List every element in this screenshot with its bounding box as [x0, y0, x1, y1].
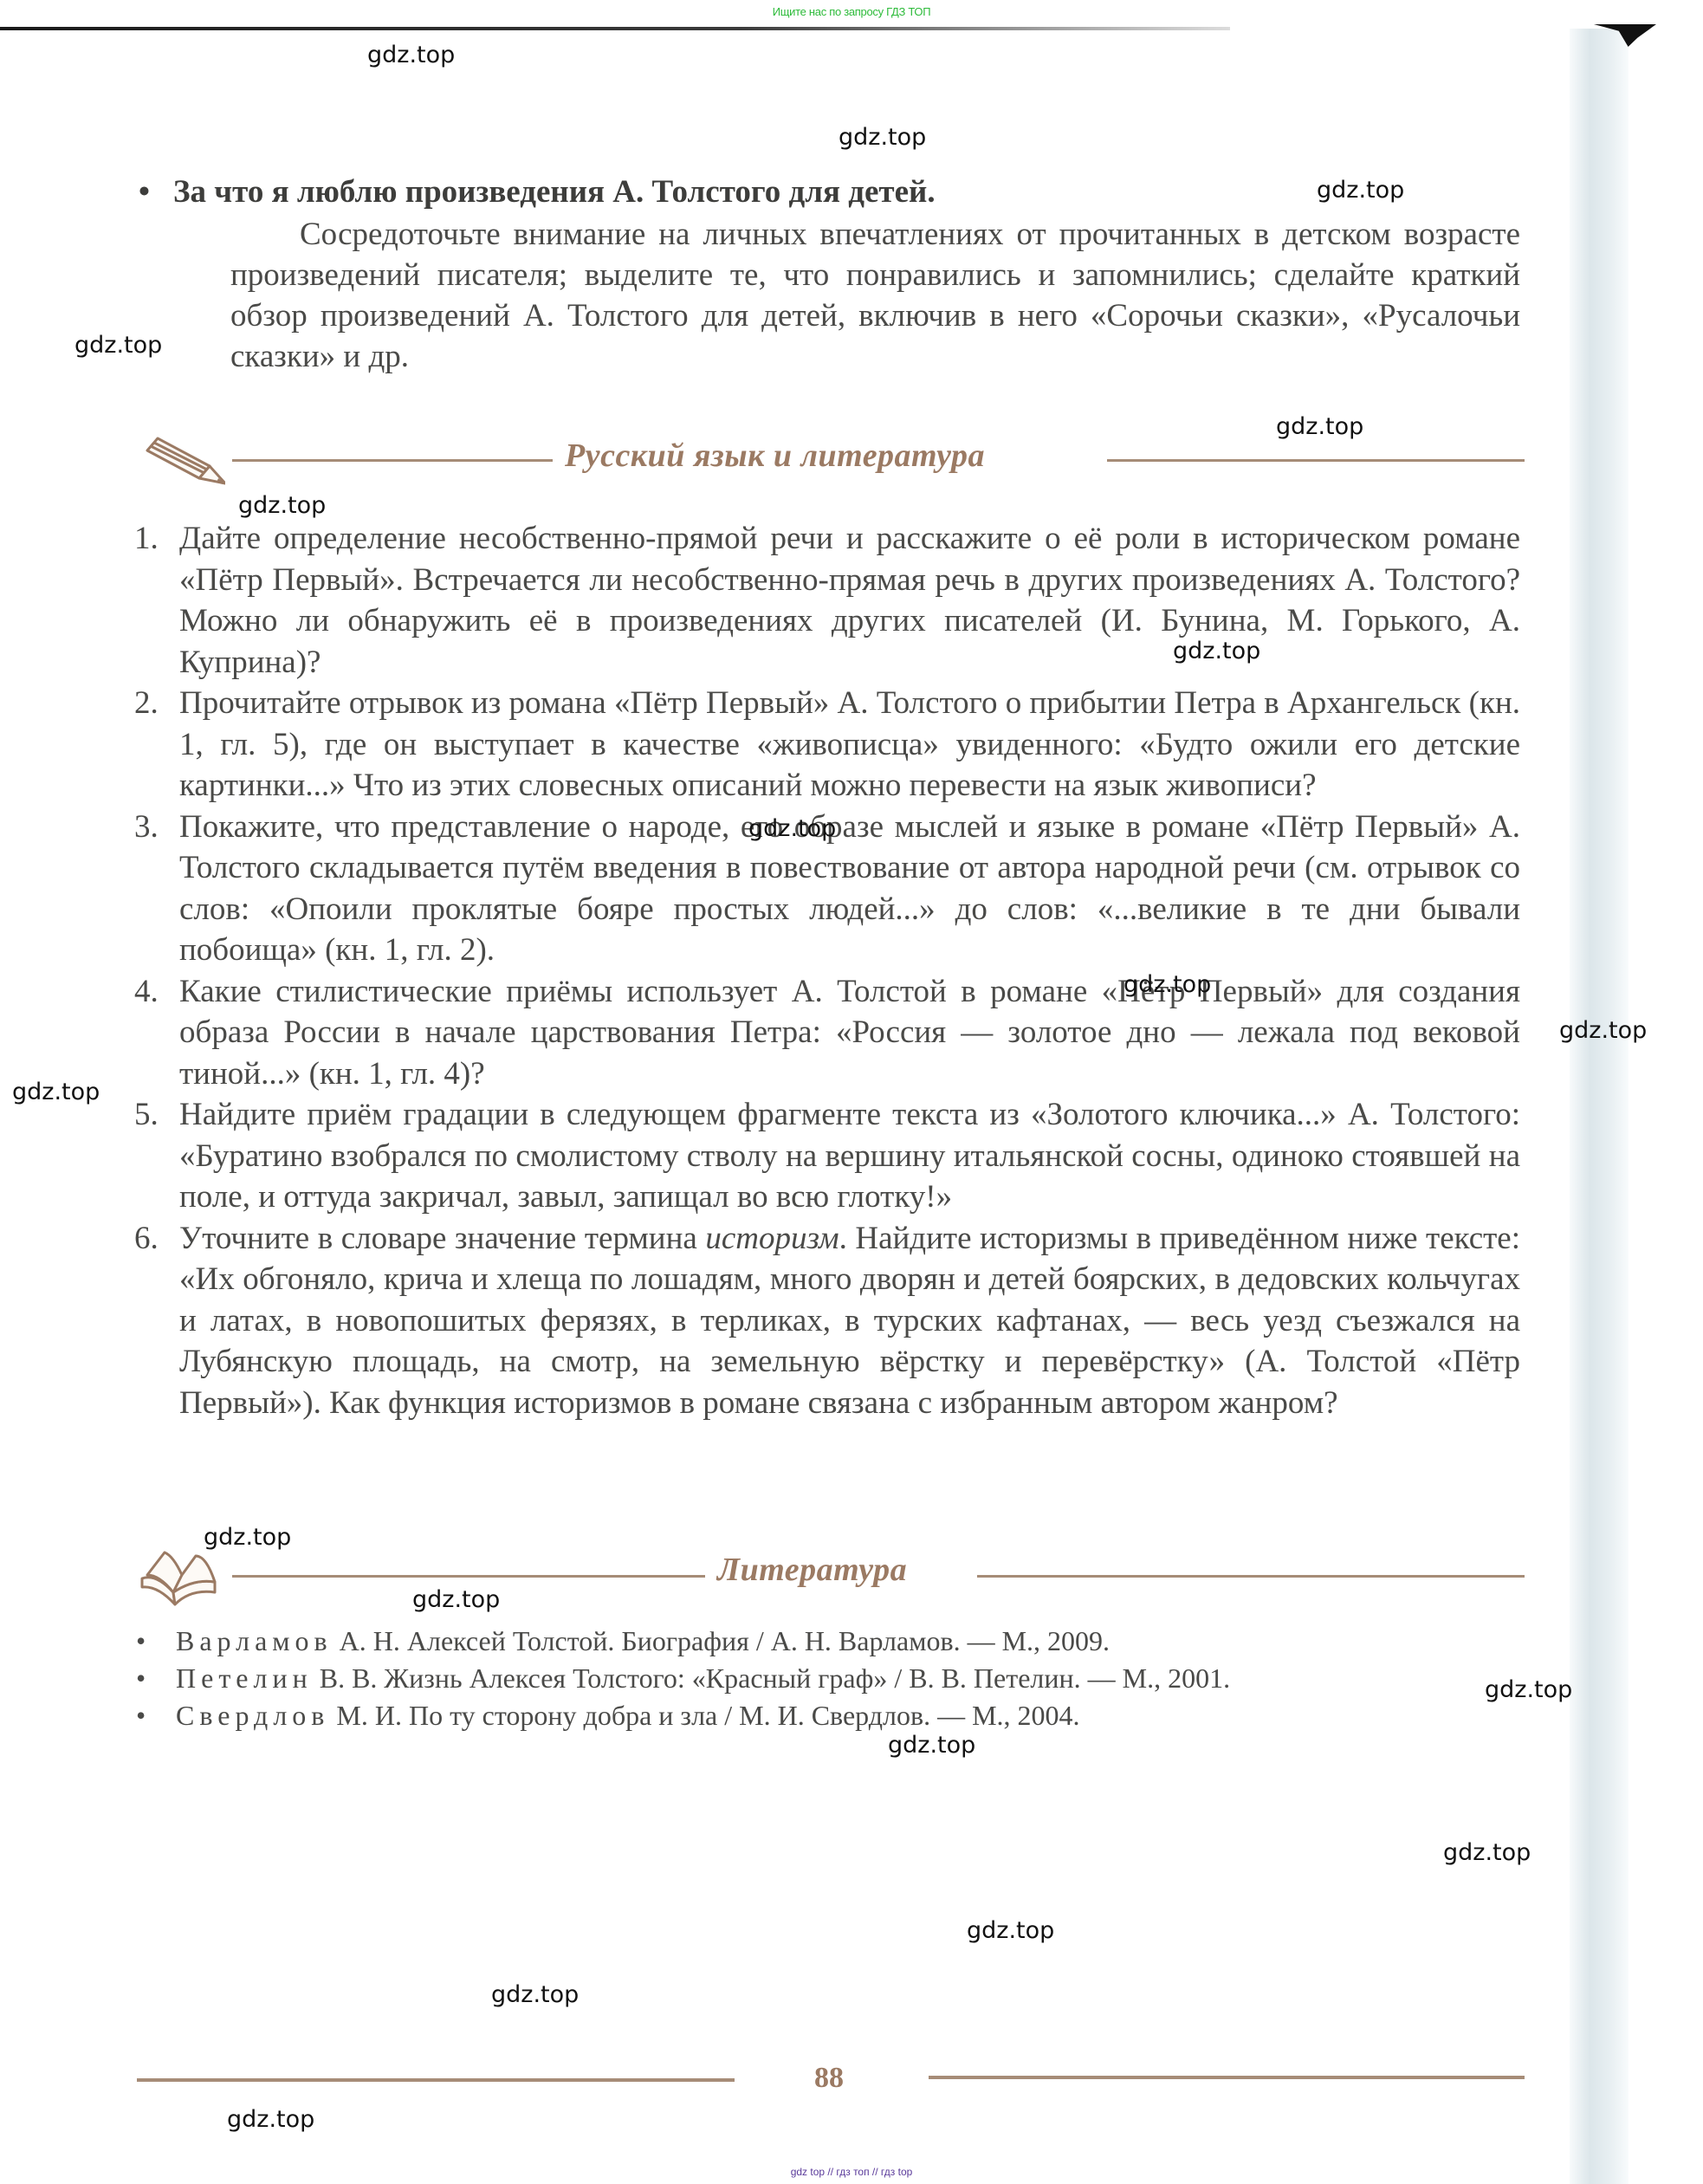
reference-item: •Петелин В. В. Жизнь Алексея Толстого: «…	[134, 1660, 1520, 1697]
page-number: 88	[814, 2062, 844, 2095]
watermark: gdz.top	[888, 1732, 975, 1759]
book-spine-edge	[1570, 29, 1629, 2184]
section-heading-language: Русский язык и литература	[139, 435, 1525, 487]
page-top-shadow	[0, 27, 1230, 30]
watermark: gdz.top	[1276, 413, 1363, 440]
task-list: 1.Дайте определение несобственно-прямой …	[134, 518, 1520, 1423]
watermark: gdz.top	[227, 2106, 314, 2133]
topic-title-text: За что я люблю произведения А. Толстого …	[173, 174, 936, 210]
watermark: gdz.top	[12, 1079, 100, 1105]
section-heading-literature: Литература	[139, 1551, 1525, 1603]
reference-item: •Варламов А. Н. Алексей Толстой. Биограф…	[134, 1623, 1520, 1660]
watermark: gdz.top	[748, 815, 836, 842]
section-rule-left	[232, 459, 553, 462]
watermark: gdz.top	[839, 124, 926, 151]
top-banner: Ищите нас по запросу ГДЗ ТОП	[0, 5, 1703, 18]
pencil-icon	[139, 435, 225, 491]
footer-rule-right	[929, 2076, 1525, 2079]
task-item: 5.Найдите приём градации в следующем фра…	[134, 1094, 1520, 1218]
section-rule-left	[232, 1575, 705, 1578]
watermark: gdz.top	[967, 1917, 1054, 1944]
task-item: 2.Прочитайте отрывок из романа «Пётр Пер…	[134, 683, 1520, 807]
bottom-banner: gdz top // гдз топ // гдз top	[0, 2166, 1703, 2178]
task-item: 4.Какие стилистические приёмы использует…	[134, 971, 1520, 1095]
watermark: gdz.top	[1443, 1839, 1531, 1866]
footer-rule-left	[137, 2078, 735, 2082]
bullet-icon: •	[136, 1660, 146, 1697]
watermark: gdz.top	[1485, 1676, 1572, 1703]
reference-item: •Свердлов М. И. По ту сторону добра и зл…	[134, 1697, 1520, 1734]
essay-topic: •За что я люблю произведения А. Толстого…	[139, 172, 1520, 377]
watermark: gdz.top	[1123, 971, 1211, 998]
task-item: 1.Дайте определение несобственно-прямой …	[134, 518, 1520, 683]
topic-body: Сосредоточьте внимание на личных впечатл…	[139, 214, 1520, 377]
italic-term: историзм	[705, 1221, 839, 1256]
section-rule-right	[1107, 459, 1525, 462]
watermark: gdz.top	[412, 1586, 500, 1613]
topic-body-text: Сосредоточьте внимание на личных впечатл…	[230, 214, 1520, 377]
reference-list: •Варламов А. Н. Алексей Толстой. Биограф…	[134, 1623, 1520, 1734]
section-title: Русский язык и литература	[565, 437, 985, 475]
bullet-icon: •	[139, 172, 173, 212]
task-item: 6.Уточните в словаре значение термина ис…	[134, 1218, 1520, 1424]
bullet-icon: •	[136, 1697, 146, 1734]
bullet-icon: •	[136, 1623, 146, 1660]
watermark: gdz.top	[367, 42, 455, 68]
watermark: gdz.top	[491, 1981, 579, 2008]
watermark: gdz.top	[1173, 638, 1260, 664]
open-book-icon	[139, 1549, 225, 1610]
watermark: gdz.top	[238, 492, 326, 519]
watermark: gdz.top	[74, 332, 162, 359]
watermark: gdz.top	[204, 1524, 291, 1551]
watermark: gdz.top	[1559, 1017, 1647, 1044]
watermark: gdz.top	[1317, 177, 1404, 204]
section-rule-right	[977, 1575, 1525, 1578]
section-title: Литература	[717, 1551, 907, 1589]
topic-title: •За что я люблю произведения А. Толстого…	[139, 172, 1520, 212]
